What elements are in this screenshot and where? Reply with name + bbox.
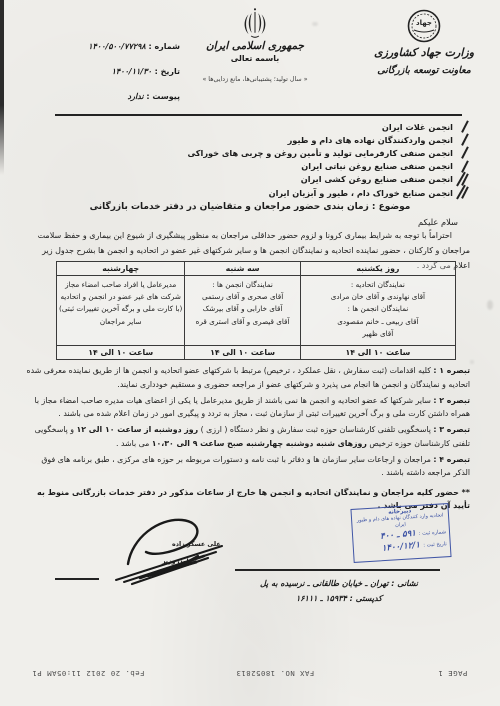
note-3: تبصره ۳ : پاسخگویی تلفنی کارشناسان حوزه … [26, 423, 470, 450]
table-column-tuesday: سه شنبه نمایندگان انجمن ها : آقای صحری و… [184, 262, 299, 359]
letter-date-row: تاریخ : ۱۴۰۰/۱۱/۳۰ [30, 59, 180, 84]
republic-block: جمهوری اسلامی ایران باسمه تعالی « سال تو… [183, 6, 327, 83]
table-cell-line: شرکت های غیر عضو در انجمن و اتحادیه [59, 291, 182, 303]
registration-stamp: دبیرخانه اتحادیه وارد کنندگان نهاده های … [350, 503, 451, 563]
hours-cell: ساعت ۱۰ الی ۱۴ [301, 345, 455, 359]
recipient-name: انجمن صنفی صنایع روغن نباتی ایران [301, 161, 453, 171]
letter-attachment-label: پیوست : [146, 92, 180, 101]
column-body: مدیرعامل یا افراد صاحب امضاء مجاز شرکت ه… [57, 276, 184, 345]
letter-meta: شماره : ۱۴۰۰/۵۰۰/۷۷۲۹۸ تاریخ : ۱۴۰۰/۱۱/۳… [30, 34, 180, 109]
republic-title: جمهوری اسلامی ایران [183, 40, 327, 52]
footer-divider [235, 569, 440, 571]
letter-date-label: تاریخ : [155, 67, 180, 76]
table-cell-line: آقای خارابی و آقای بیرشک [187, 303, 297, 315]
letter-number-value: ۱۴۰۰/۵۰۰/۷۷۲۹۸ [88, 42, 145, 51]
table-cell-line: نمایندگان انجمن ها : [187, 279, 297, 291]
signer-title: معاون وزیر [162, 558, 196, 565]
header-divider [55, 114, 462, 116]
stamp-reg-no-value: ۵۹۱ ـ ۴۰۰ [380, 528, 417, 541]
stamp-reg-date-label: تاریخ ثبت : [423, 541, 447, 548]
checkmark-icon [458, 146, 470, 159]
table-column-wednesday: چهارشنبه مدیرعامل یا افراد صاحب امضاء مج… [57, 262, 184, 359]
schedule-table: روز یکشنبه نمایندگان اتحادیه : آقای نهاو… [56, 261, 456, 360]
table-cell-line: نمایندگان انجمن ها : [303, 303, 453, 315]
recipient-name: انجمن صنفی صنایع روغن کشی ایران [301, 174, 453, 184]
letter-number-label: شماره : [148, 42, 180, 51]
column-header: روز یکشنبه [301, 262, 455, 276]
salutation: سلام علیکم [418, 217, 458, 227]
recipient-name: انجمن صنایع خوراک دام ، طیور و آبزیان ای… [269, 188, 453, 198]
footnote-stars: ** [462, 488, 470, 497]
address-line: نشانی : تهران ـ خیابان طالقانی ـ نرسیده … [238, 576, 440, 591]
ministry-block: جهاد وزارت جهاد کشاورزی معاونت توسعه باز… [360, 8, 488, 76]
table-cell-line: مدیرعامل یا افراد صاحب امضاء مجاز [59, 279, 182, 291]
checkmark-icon [458, 186, 470, 199]
column-body: نمایندگان اتحادیه : آقای نهاوندی و آقای … [301, 276, 455, 345]
note-text: می باشد . [116, 439, 149, 448]
jihad-logo-icon: جهاد [406, 8, 442, 44]
scanned-letter: جهاد وزارت جهاد کشاورزی معاونت توسعه باز… [0, 0, 500, 706]
basmala: باسمه تعالی [183, 54, 327, 63]
subject-line: موضوع : زمان بندی حضور مراجعان و متقاضیا… [40, 202, 460, 212]
deputy-name: معاونت توسعه بازرگانی [360, 65, 488, 76]
stamp-reg-no-label: شماره ثبت : [419, 529, 447, 537]
list-item: انجمن غلات ایران [20, 120, 470, 133]
recipients-list: انجمن غلات ایران انجمن واردکنندگان نهاده… [20, 120, 470, 199]
table-cell-line: آقای صحری و آقای رستمی [187, 291, 297, 303]
iran-emblem-icon [242, 6, 268, 40]
list-item: انجمن صنایع خوراک دام ، طیور و آبزیان ای… [20, 186, 470, 199]
table-cell-line: آقای نهاوندی و آقای خان مرادی [303, 291, 453, 303]
note-2: تبصره ۲ : سایر شرکتها که عضو اتحادیه و ا… [26, 394, 470, 421]
stamp-reg-date-value: ۱۴۰۰/۱۲/۱ [382, 540, 421, 554]
recipient-name: انجمن واردکنندگان نهاده های دام و طیور [288, 135, 453, 145]
svg-text:جهاد: جهاد [416, 19, 432, 27]
note-label: تبصره ۱ : [433, 366, 470, 375]
postal-code-line: کدپستی : ۱۵۹۳۴ ـ ۱۶۱۱۱ [238, 591, 440, 606]
scan-edge-artifact [0, 0, 4, 175]
checkmark-icon [458, 120, 470, 133]
scan-line-artifact [55, 578, 99, 580]
note-text: مراجعان و ارجاعات سایر سازمان ها و دفاتر… [41, 455, 470, 478]
column-body: نمایندگان انجمن ها : آقای صحری و آقای رس… [185, 276, 299, 345]
column-header: سه شنبه [185, 262, 299, 276]
note-4: تبصره ۴ : مراجعان و ارجاعات سایر سازمان … [26, 453, 470, 480]
table-cell-line: آقای ربیعی ـ خانم مقصودی [303, 316, 453, 328]
table-cell-line: آقای قیصری و آقای استری قره [187, 316, 297, 328]
recipient-name: انجمن غلات ایران [382, 122, 453, 132]
table-cell-line: (با کارت ملی و برگه آخرین تغییرات ثبتی) [59, 303, 182, 315]
hours-cell: ساعت ۱۰ الی ۱۴ [185, 345, 299, 359]
list-item: انجمن صنفی صنایع روغن کشی ایران [20, 173, 470, 186]
table-cell-line: آقای ظهیر [303, 328, 453, 340]
recipient-name: انجمن صنفی کارفرمایی تولید و تأمین روغن … [187, 148, 453, 158]
footer-address-block: نشانی : تهران ـ خیابان طالقانی ـ نرسیده … [238, 576, 440, 606]
list-item: انجمن صنفی صنایع روغن نباتی ایران [20, 160, 470, 173]
note-label: تبصره ۲ : [433, 396, 470, 405]
note-label: تبصره ۳ : [433, 425, 470, 434]
signer-name: علی عسکر زاده [172, 541, 221, 548]
fax-page: PAGE 1 [438, 669, 467, 678]
letter-number-row: شماره : ۱۴۰۰/۵۰۰/۷۷۲۹۸ [30, 34, 180, 59]
note-text-bold: روز دوشنبه از ساعت ۱۰ الی ۱۲ [77, 425, 199, 434]
scan-smudge [470, 360, 474, 364]
letter-date-value: ۱۴۰۰/۱۱/۳۰ [112, 67, 152, 76]
fax-timestamp: Feb. 20 2012 11:05AM P1 [32, 669, 145, 678]
note-text-bold: روزهای شنبه دوشنبه چهارشنبه صبح ساعت ۹ ا… [152, 439, 367, 448]
signature-scribble [108, 512, 238, 594]
checkmark-icon [458, 133, 470, 146]
table-column-sunday: روز یکشنبه نمایندگان اتحادیه : آقای نهاو… [300, 262, 455, 359]
note-text: پاسخگویی تلفنی کارشناسان حوزه ثبت سفارش … [201, 425, 431, 434]
table-cell-line: نمایندگان اتحادیه : [303, 279, 453, 291]
note-1: تبصره ۱ : کلیه اقدامات (ثبت سفارش ، نقل … [26, 364, 470, 391]
year-motto: « سال تولید؛ پشتیبانی‌ها، مانع زدایی‌ها … [183, 76, 327, 83]
note-label: تبصره ۴ : [433, 455, 470, 464]
letter-attachment-value: ندارد [128, 92, 144, 101]
letter-attachment-row: پیوست : ندارد [30, 84, 180, 109]
note-text: کلیه اقدامات (ثبت سفارش ، نقل عملکرد ، ت… [27, 366, 470, 389]
fax-number: FAX NO. 18052813 [236, 669, 314, 678]
scan-smudge [487, 300, 493, 310]
note-text: سایر شرکتها که عضو اتحادیه و انجمن ها نم… [35, 396, 471, 419]
list-item: انجمن واردکنندگان نهاده های دام و طیور [20, 133, 470, 146]
hours-cell: ساعت ۱۰ الی ۱۴ [57, 345, 184, 359]
ministry-name: وزارت جهاد کشاورزی [360, 46, 488, 59]
column-header: چهارشنبه [57, 262, 184, 276]
list-item: انجمن صنفی کارفرمایی تولید و تأمین روغن … [20, 146, 470, 159]
table-cell-line: سایر مراجعان [59, 316, 182, 328]
notes-section: تبصره ۱ : کلیه اقدامات (ثبت سفارش ، نقل … [26, 364, 470, 521]
